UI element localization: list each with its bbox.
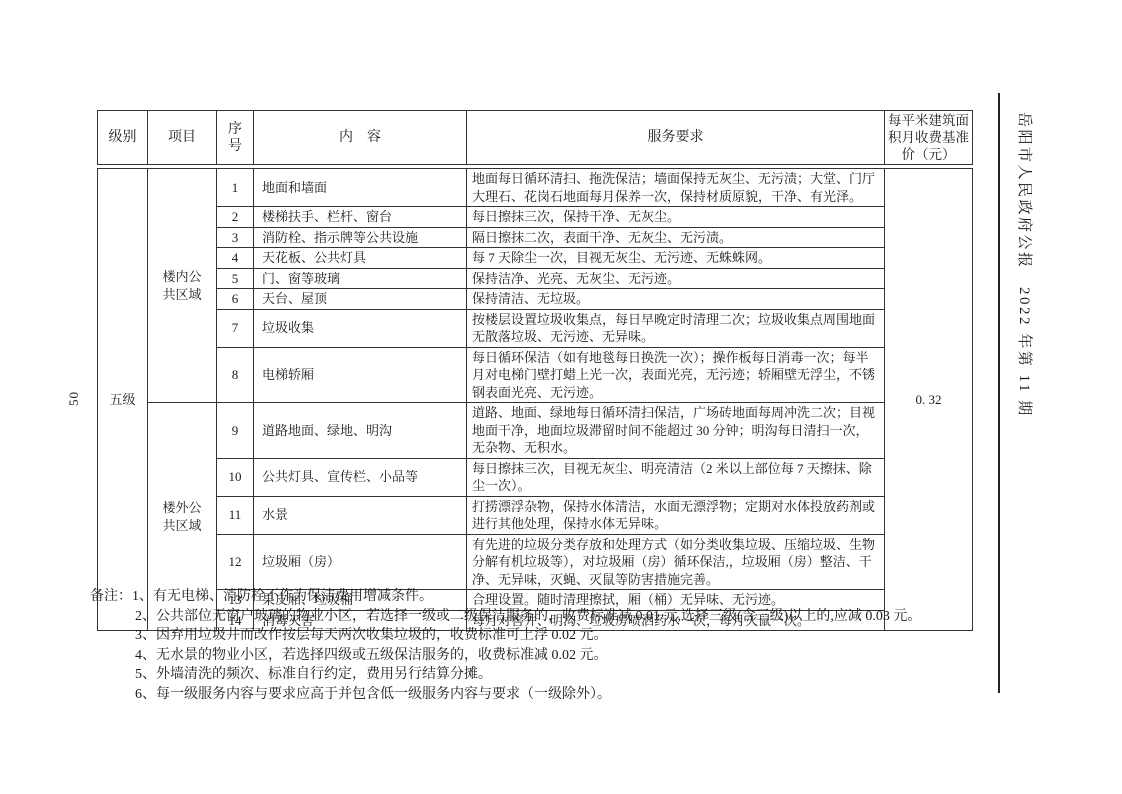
row-number: 4 xyxy=(217,248,254,269)
row-content: 天花板、公共灯具 xyxy=(254,248,467,269)
row-requirement: 每日擦抹三次，目视无灰尘、明亮清洁（2 米以上部位每 7 天擦抹、除尘一次）。 xyxy=(467,458,885,496)
project-label: 楼内公共区域 xyxy=(163,268,202,303)
row-content: 消防栓、指示牌等公共设施 xyxy=(254,227,467,248)
row-content: 天台、屋顶 xyxy=(254,289,467,310)
row-content: 地面和墙面 xyxy=(254,169,467,207)
col-header-fee: 每平米建筑面积月收费基准价（元） xyxy=(885,111,973,165)
note-item: 备注：1、有无电梯、消防栓不作为保洁费用增减条件。 xyxy=(90,587,980,607)
col-header-content: 内 容 xyxy=(254,111,467,165)
row-content: 门、窗等玻璃 xyxy=(254,268,467,289)
page-number: 50 xyxy=(66,391,82,406)
note-item: 5、外墙清洗的频次、标准自行约定，费用另行结算分摊。 xyxy=(90,665,980,685)
row-content: 垃圾收集 xyxy=(254,309,467,347)
table-row: 3消防栓、指示牌等公共设施隔日擦抹二次，表面干净、无灰尘、无污渍。 xyxy=(98,227,973,248)
col-header-no-label: 序号 xyxy=(228,121,242,155)
row-number: 8 xyxy=(217,347,254,403)
row-number: 7 xyxy=(217,309,254,347)
col-header-level: 级别 xyxy=(98,111,148,165)
row-requirement: 每 7 天除尘一次，目视无灰尘、无污迹、无蛛蛛网。 xyxy=(467,248,885,269)
note-item: 4、无水景的物业小区，若选择四级或五级保洁服务的，收费标准减 0.02 元。 xyxy=(90,646,980,666)
row-content: 水景 xyxy=(254,496,467,534)
row-content: 公共灯具、宣传栏、小品等 xyxy=(254,458,467,496)
row-requirement: 打捞漂浮杂物，保持水体清洁，水面无漂浮物；定期对水体投放药剂或进行其他处理，保持… xyxy=(467,496,885,534)
notes-list: 备注：1、有无电梯、消防栓不作为保洁费用增减条件。2、公共部位无窗户玻璃的物业小… xyxy=(90,587,980,704)
row-requirement: 保持洁净、光亮、无灰尘、无污迹。 xyxy=(467,268,885,289)
row-requirement: 隔日擦抹二次，表面干净、无灰尘、无污渍。 xyxy=(467,227,885,248)
table-row: 7垃圾收集按楼层设置垃圾收集点，每日早晚定时清理二次；垃圾收集点周围地面无散落垃… xyxy=(98,309,973,347)
row-number: 9 xyxy=(217,403,254,459)
header-row: 级别 项目 序号 内 容 服务要求 每平米建筑面积月收费基准价（元） xyxy=(98,111,973,165)
gazette-page: { "page": { "page_number": "50", "sideba… xyxy=(0,0,1122,794)
row-content: 楼梯扶手、栏杆、窗台 xyxy=(254,207,467,228)
project-cell: 楼内公共区域 xyxy=(148,169,217,403)
row-requirement: 有先进的垃圾分类存放和处理方式（如分类收集垃圾、压缩垃圾、生物分解有机垃圾等），… xyxy=(467,534,885,590)
note-item: 3、因弃用垃圾井而改作按层每天两次收集垃圾的，收费标准可上浮 0.02 元。 xyxy=(90,626,980,646)
table-row: 11水景打捞漂浮杂物，保持水体清洁，水面无漂浮物；定期对水体投放药剂或进行其他处… xyxy=(98,496,973,534)
col-header-project: 项目 xyxy=(148,111,217,165)
row-number: 11 xyxy=(217,496,254,534)
fee-value: 0. 32 xyxy=(885,169,973,631)
table-row: 楼外公共区域9道路地面、绿地、明沟道路、地面、绿地每日循环清扫保洁，广场砖地面每… xyxy=(98,403,973,459)
table-row: 4天花板、公共灯具每 7 天除尘一次，目视无灰尘、无污迹、无蛛蛛网。 xyxy=(98,248,973,269)
table-body-grid: 五级楼内公共区域1地面和墙面地面每日循环清扫、拖洗保洁；墙面保持无灰尘、无污渍；… xyxy=(97,168,973,631)
level-cell: 五级 xyxy=(98,169,148,631)
notes-label: 备注： xyxy=(90,589,132,604)
row-number: 1 xyxy=(217,169,254,207)
row-requirement: 每日擦抹三次，保持干净、无灰尘。 xyxy=(467,207,885,228)
row-content: 垃圾厢（房） xyxy=(254,534,467,590)
row-number: 6 xyxy=(217,289,254,310)
row-number: 10 xyxy=(217,458,254,496)
table-row: 5门、窗等玻璃保持洁净、光亮、无灰尘、无污迹。 xyxy=(98,268,973,289)
table-row: 五级楼内公共区域1地面和墙面地面每日循环清扫、拖洗保洁；墙面保持无灰尘、无污渍；… xyxy=(98,169,973,207)
table-header: 级别 项目 序号 内 容 服务要求 每平米建筑面积月收费基准价（元） xyxy=(97,110,973,165)
table-row: 10公共灯具、宣传栏、小品等每日擦抹三次，目视无灰尘、明亮清洁（2 米以上部位每… xyxy=(98,458,973,496)
note-item: 6、每一级服务内容与要求应高于并包含低一级服务内容与要求（一级除外）。 xyxy=(90,685,980,705)
table-row: 6天台、屋顶保持清洁、无垃圾。 xyxy=(98,289,973,310)
row-content: 道路地面、绿地、明沟 xyxy=(254,403,467,459)
note-item: 2、公共部位无窗户玻璃的物业小区，若选择一级或二级保洁服务的，收费标准减 0.0… xyxy=(90,607,980,627)
row-number: 12 xyxy=(217,534,254,590)
row-requirement: 按楼层设置垃圾收集点，每日早晚定时清理二次；垃圾收集点周围地面无散落垃圾、无污迹… xyxy=(467,309,885,347)
row-requirement: 保持清洁、无垃圾。 xyxy=(467,289,885,310)
row-number: 3 xyxy=(217,227,254,248)
row-content: 电梯轿厢 xyxy=(254,347,467,403)
fee-standard-table: 级别 项目 序号 内 容 服务要求 每平米建筑面积月收费基准价（元） 五级楼内公… xyxy=(97,110,972,631)
row-number: 5 xyxy=(217,268,254,289)
sidebar-divider-line xyxy=(998,93,1000,693)
table-body: 五级楼内公共区域1地面和墙面地面每日循环清扫、拖洗保洁；墙面保持无灰尘、无污渍；… xyxy=(98,169,973,631)
col-header-no: 序号 xyxy=(217,111,254,165)
table-row: 2楼梯扶手、栏杆、窗台每日擦抹三次，保持干净、无灰尘。 xyxy=(98,207,973,228)
row-requirement: 地面每日循环清扫、拖洗保洁；墙面保持无灰尘、无污渍；大堂、门厅大理石、花岗石地面… xyxy=(467,169,885,207)
row-number: 2 xyxy=(217,207,254,228)
col-header-requirement: 服务要求 xyxy=(467,111,885,165)
gazette-sidebar-title: 岳阳市人民政府公报 2022 年第 11 期 xyxy=(1015,112,1036,418)
project-label: 楼外公共区域 xyxy=(163,499,202,534)
row-requirement: 道路、地面、绿地每日循环清扫保洁，广场砖地面每周冲洗二次；目视地面干净，地面垃圾… xyxy=(467,403,885,459)
row-requirement: 每日循环保洁（如有地毯每日换洗一次）；操作板每日消毒一次；每半月对电梯门壁打蜡上… xyxy=(467,347,885,403)
table-row: 8电梯轿厢每日循环保洁（如有地毯每日换洗一次）；操作板每日消毒一次；每半月对电梯… xyxy=(98,347,973,403)
table-row: 12垃圾厢（房）有先进的垃圾分类存放和处理方式（如分类收集垃圾、压缩垃圾、生物分… xyxy=(98,534,973,590)
